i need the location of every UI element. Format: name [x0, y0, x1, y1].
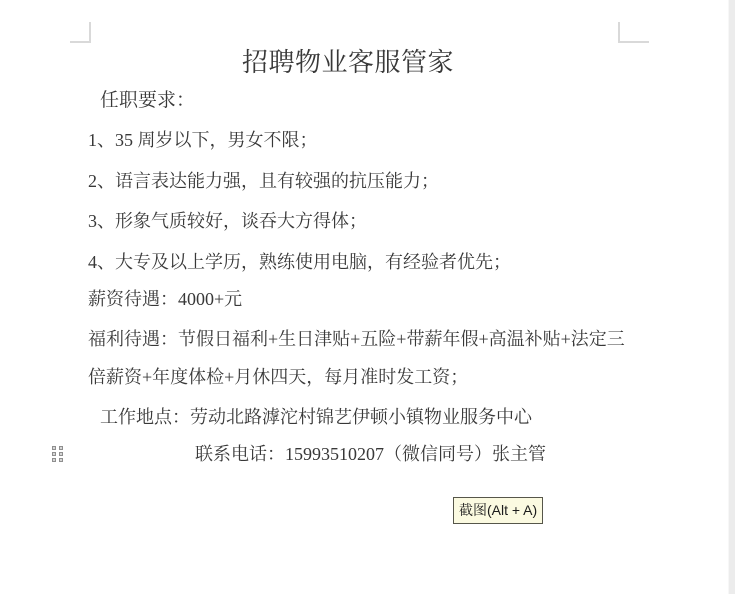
vertical-scrollbar[interactable] — [728, 0, 735, 594]
grip-dot-icon — [52, 458, 56, 462]
work-location-line: 工作地点：劳动北路滹沱村锦艺伊顿小镇物业服务中心 — [100, 407, 532, 428]
page-margin-mark-top-left-icon — [70, 22, 91, 43]
grip-dot-icon — [59, 458, 63, 462]
grip-dot-icon — [52, 446, 56, 450]
page-margin-mark-top-right-icon — [618, 22, 649, 43]
paragraph-drag-handle-icon[interactable] — [52, 446, 63, 462]
word-document-page: 招聘物业客服管家 任职要求： 1、35 周岁以下，男女不限； 2、语言表达能力强… — [0, 0, 735, 594]
document-title: 招聘物业客服管家 — [0, 48, 708, 78]
salary-line: 薪资待遇：4000+元 — [88, 289, 242, 310]
grip-dot-icon — [59, 446, 63, 450]
requirement-item-2: 2、语言表达能力强，且有较强的抗压能力； — [88, 171, 439, 192]
requirement-item-3: 3、形象气质较好，谈吞大方得体； — [88, 211, 367, 232]
requirement-item-4: 4、大专及以上学历，熟练使用电脑，有经验者优先； — [88, 252, 511, 273]
contact-phone-line: 联系电话：15993510207（微信同号）张主管 — [195, 444, 546, 465]
section-heading: 任职要求： — [100, 90, 195, 112]
benefits-line-2: 倍薪资+年度体检+月休四天，每月准时发工资； — [88, 367, 468, 388]
grip-dot-icon — [52, 452, 56, 456]
grip-dot-icon — [59, 452, 63, 456]
screenshot-shortcut-button[interactable]: 截图(Alt + A) — [453, 497, 543, 524]
benefits-line-1: 福利待遇：节假日福利+生日津贴+五险+带薪年假+高温补贴+法定三 — [88, 329, 625, 350]
requirement-item-1: 1、35 周岁以下，男女不限； — [88, 130, 318, 151]
